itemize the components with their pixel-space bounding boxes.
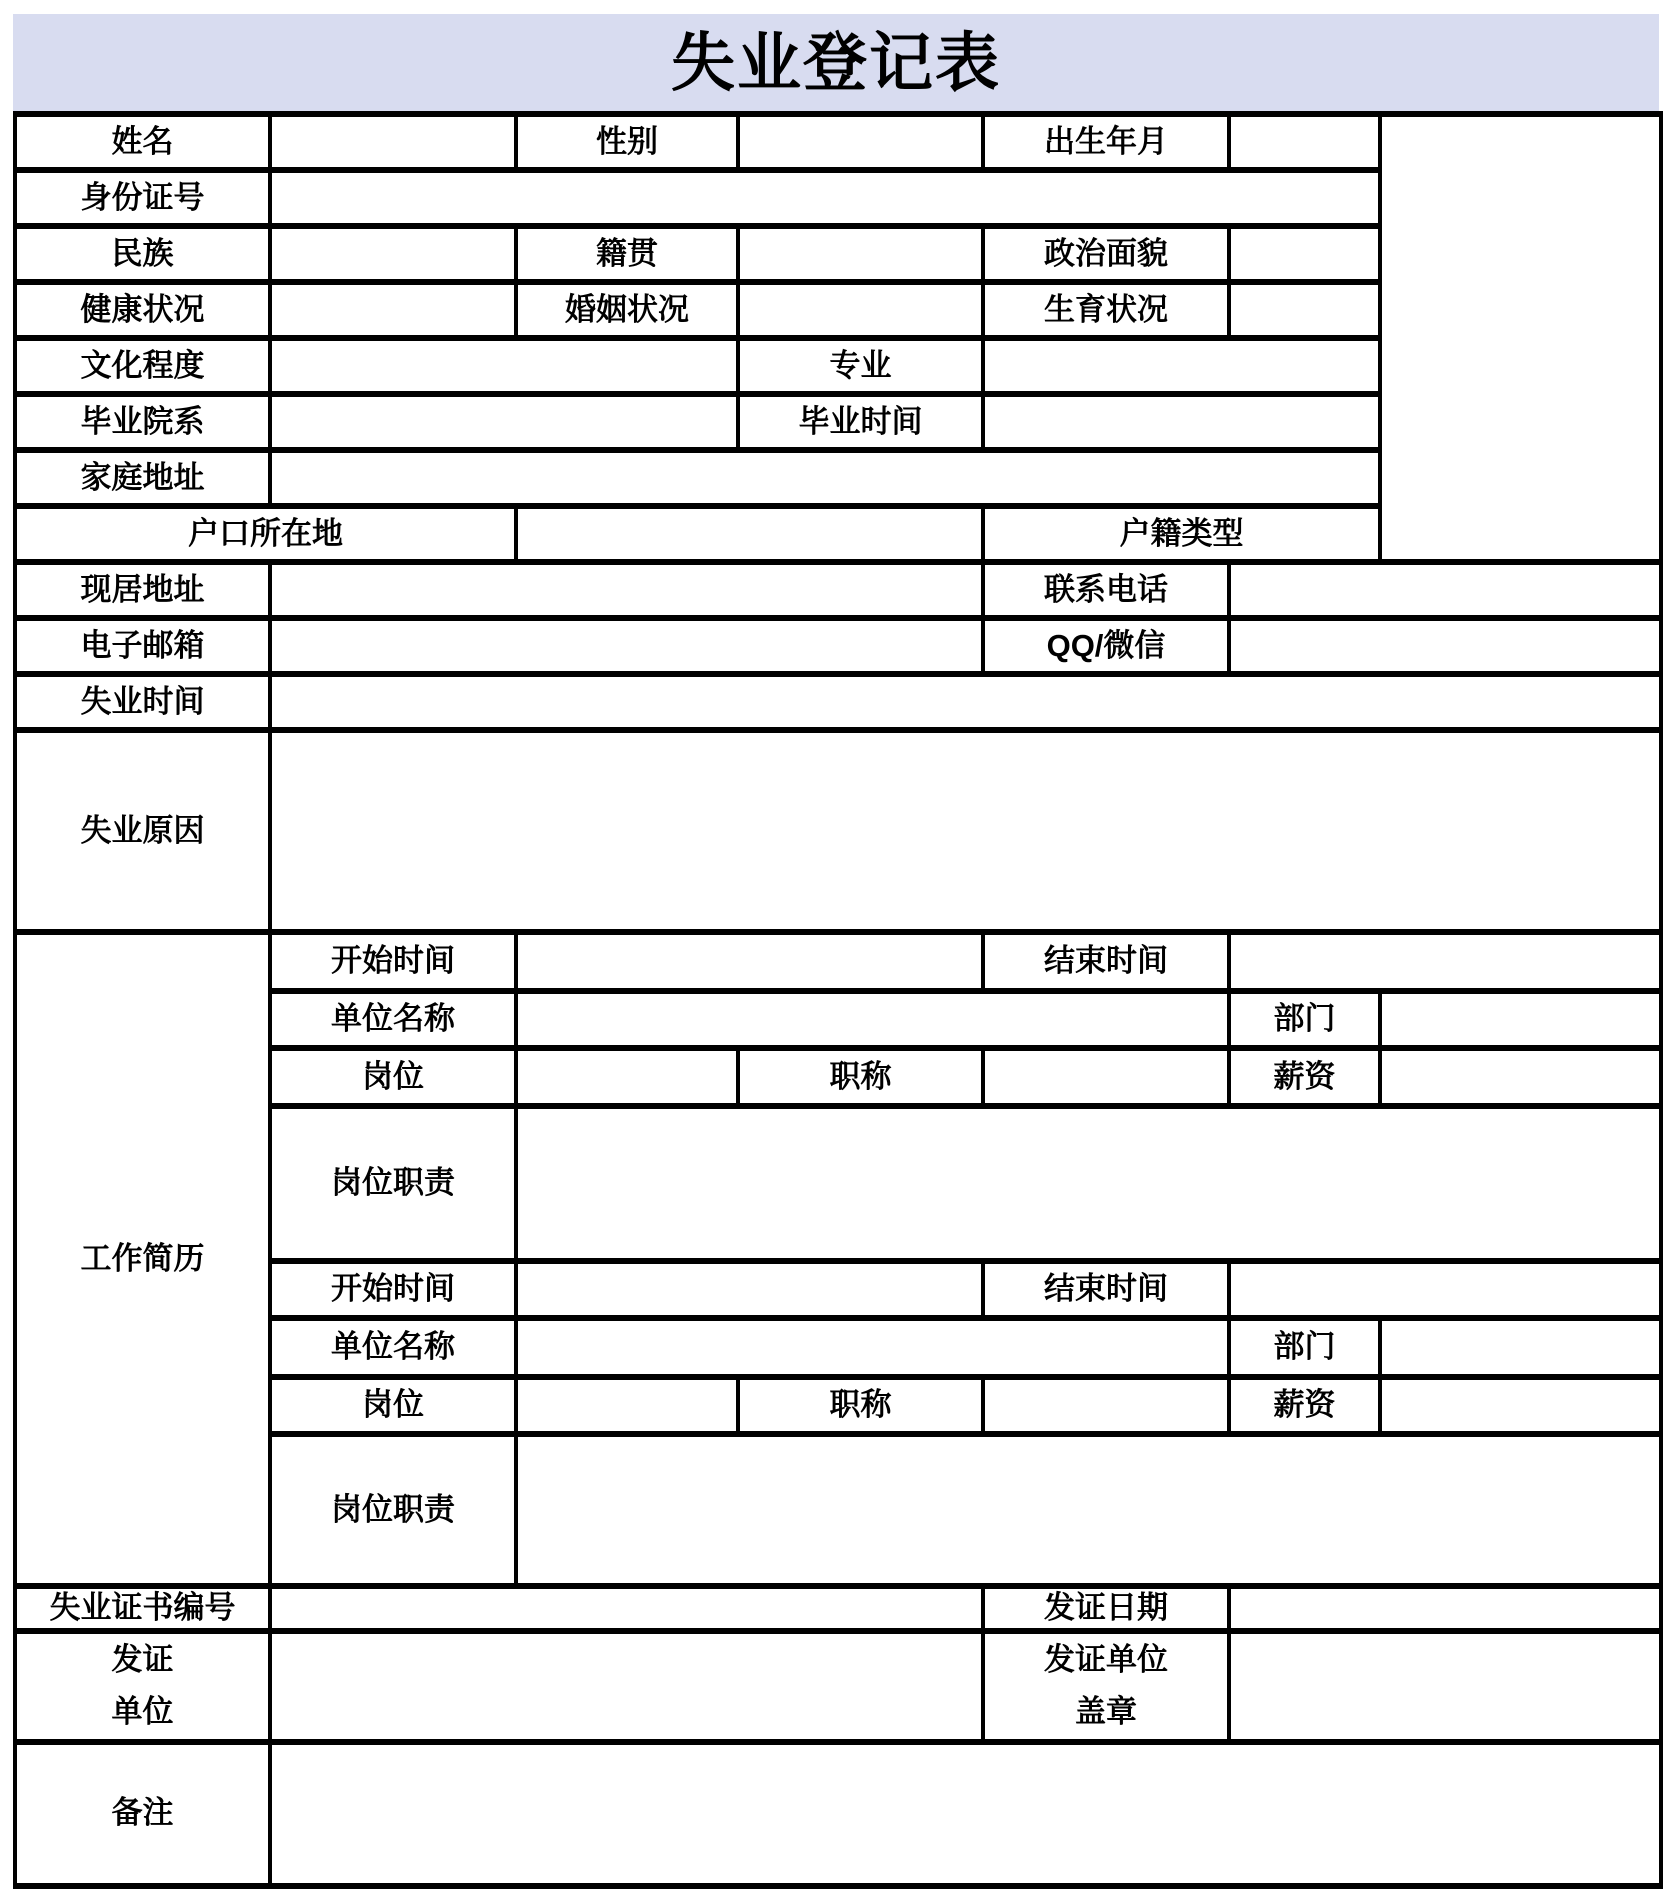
- work-history-label: 工作简历: [15, 932, 270, 1586]
- job1-position-label: 岗位: [270, 1048, 516, 1106]
- issuer-seal-label-line2: 盖章: [985, 1693, 1227, 1732]
- graduate-school-label: 毕业院系: [15, 394, 270, 450]
- id-number-input-cell[interactable]: [270, 170, 1380, 226]
- issue-date-label: 发证日期: [983, 1586, 1229, 1631]
- issue-date-input-cell[interactable]: [1229, 1586, 1661, 1631]
- job1-salary-label: 薪资: [1229, 1048, 1380, 1106]
- graduate-school-input-cell[interactable]: [270, 394, 738, 450]
- issuer-label: 发证 单位: [15, 1631, 270, 1742]
- political-status-label: 政治面貌: [983, 226, 1229, 282]
- unemployment-reason-input-cell[interactable]: [270, 730, 1661, 932]
- job1-job-title-label: 职称: [738, 1048, 983, 1106]
- job1-end-time-input-cell[interactable]: [1229, 932, 1661, 991]
- current-address-input-cell[interactable]: [270, 562, 983, 618]
- unemployment-reason-label: 失业原因: [15, 730, 270, 932]
- row-unemployment-reason: 失业原因: [15, 730, 1661, 932]
- row-current-address: 现居地址 联系电话: [15, 562, 1661, 618]
- gender-input-cell[interactable]: [738, 114, 983, 170]
- certificate-number-label: 失业证书编号: [15, 1586, 270, 1631]
- remarks-input-cell[interactable]: [270, 1742, 1661, 1886]
- education-label: 文化程度: [15, 338, 270, 394]
- home-address-input-cell[interactable]: [270, 450, 1380, 506]
- graduate-date-input-cell[interactable]: [983, 394, 1380, 450]
- issuer-seal-label: 发证单位 盖章: [983, 1631, 1229, 1742]
- job2-end-time-label: 结束时间: [983, 1261, 1229, 1318]
- name-input-cell[interactable]: [270, 114, 516, 170]
- household-location-label: 户口所在地: [15, 506, 516, 562]
- health-input-cell[interactable]: [270, 282, 516, 338]
- graduate-date-label: 毕业时间: [738, 394, 983, 450]
- job2-end-time-input-cell[interactable]: [1229, 1261, 1661, 1318]
- current-address-label: 现居地址: [15, 562, 270, 618]
- job1-company-label: 单位名称: [270, 991, 516, 1048]
- job2-company-label: 单位名称: [270, 1318, 516, 1377]
- issuer-label-line2: 单位: [17, 1693, 268, 1732]
- title-band: 失业登记表: [13, 14, 1659, 111]
- gender-label: 性别: [516, 114, 738, 170]
- id-number-label: 身份证号: [15, 170, 270, 226]
- job2-job-title-input-cell[interactable]: [983, 1377, 1229, 1434]
- issuer-label-line1: 发证: [17, 1641, 268, 1680]
- issuer-seal-label-line1: 发证单位: [985, 1641, 1227, 1680]
- job2-start-time-input-cell[interactable]: [516, 1261, 983, 1318]
- ethnicity-label: 民族: [15, 226, 270, 282]
- major-input-cell[interactable]: [983, 338, 1380, 394]
- certificate-number-input-cell[interactable]: [270, 1586, 983, 1631]
- native-place-input-cell[interactable]: [738, 226, 983, 282]
- ethnicity-input-cell[interactable]: [270, 226, 516, 282]
- job1-department-input-cell[interactable]: [1380, 991, 1661, 1048]
- job2-salary-input-cell[interactable]: [1380, 1377, 1661, 1434]
- unemployment-registration-form-page: 失业登记表 姓名 性别 出生年月 身份证号 民族: [0, 0, 1672, 1895]
- birth-date-input-cell[interactable]: [1229, 114, 1380, 170]
- job2-start-time-label: 开始时间: [270, 1261, 516, 1318]
- phone-label: 联系电话: [983, 562, 1229, 618]
- marital-input-cell[interactable]: [738, 282, 983, 338]
- marital-label: 婚姻状况: [516, 282, 738, 338]
- household-location-input-cell[interactable]: [516, 506, 983, 562]
- remarks-label: 备注: [15, 1742, 270, 1886]
- row-certificate: 失业证书编号 发证日期: [15, 1586, 1661, 1631]
- job1-department-label: 部门: [1229, 991, 1380, 1048]
- row-unemployment-date: 失业时间: [15, 674, 1661, 730]
- birth-date-label: 出生年月: [983, 114, 1229, 170]
- phone-input-cell[interactable]: [1229, 562, 1661, 618]
- job1-duties-label: 岗位职责: [270, 1106, 516, 1261]
- row-remarks: 备注: [15, 1742, 1661, 1886]
- email-label: 电子邮箱: [15, 618, 270, 674]
- job1-salary-input-cell[interactable]: [1380, 1048, 1661, 1106]
- unemployment-date-label: 失业时间: [15, 674, 270, 730]
- row-issuer: 发证 单位 发证单位 盖章: [15, 1631, 1661, 1742]
- unemployment-date-input-cell[interactable]: [270, 674, 1661, 730]
- job2-duties-input-cell[interactable]: [516, 1434, 1661, 1586]
- form-table: 姓名 性别 出生年月 身份证号 民族 籍贯 政治面貌 健康状况 婚姻状况: [13, 111, 1663, 1889]
- political-status-input-cell[interactable]: [1229, 226, 1380, 282]
- home-address-label: 家庭地址: [15, 450, 270, 506]
- fertility-label: 生育状况: [983, 282, 1229, 338]
- job2-position-input-cell[interactable]: [516, 1377, 738, 1434]
- job1-end-time-label: 结束时间: [983, 932, 1229, 991]
- health-label: 健康状况: [15, 282, 270, 338]
- job2-duties-label: 岗位职责: [270, 1434, 516, 1586]
- job1-position-input-cell[interactable]: [516, 1048, 738, 1106]
- email-input-cell[interactable]: [270, 618, 983, 674]
- issuer-seal-input-cell[interactable]: [1229, 1631, 1661, 1742]
- photo-cell[interactable]: [1380, 114, 1661, 562]
- major-label: 专业: [738, 338, 983, 394]
- job2-department-label: 部门: [1229, 1318, 1380, 1377]
- job2-salary-label: 薪资: [1229, 1377, 1380, 1434]
- job2-position-label: 岗位: [270, 1377, 516, 1434]
- job1-start-time-label: 开始时间: [270, 932, 516, 991]
- qq-wechat-label: QQ/微信: [983, 618, 1229, 674]
- issuer-input-cell[interactable]: [270, 1631, 983, 1742]
- row-email: 电子邮箱 QQ/微信: [15, 618, 1661, 674]
- job2-department-input-cell[interactable]: [1380, 1318, 1661, 1377]
- fertility-input-cell[interactable]: [1229, 282, 1380, 338]
- job1-start-time-input-cell[interactable]: [516, 932, 983, 991]
- name-label: 姓名: [15, 114, 270, 170]
- qq-wechat-input-cell[interactable]: [1229, 618, 1661, 674]
- job1-duties-input-cell[interactable]: [516, 1106, 1661, 1261]
- job2-company-input-cell[interactable]: [516, 1318, 1229, 1377]
- native-place-label: 籍贯: [516, 226, 738, 282]
- row-job1-time: 工作简历 开始时间 结束时间: [15, 932, 1661, 991]
- row-name: 姓名 性别 出生年月: [15, 114, 1661, 170]
- household-type-label: 户籍类型: [983, 506, 1380, 562]
- job1-job-title-input-cell[interactable]: [983, 1048, 1229, 1106]
- page-title: 失业登记表: [671, 31, 1001, 95]
- job1-company-input-cell[interactable]: [516, 991, 1229, 1048]
- education-input-cell[interactable]: [270, 338, 738, 394]
- job2-job-title-label: 职称: [738, 1377, 983, 1434]
